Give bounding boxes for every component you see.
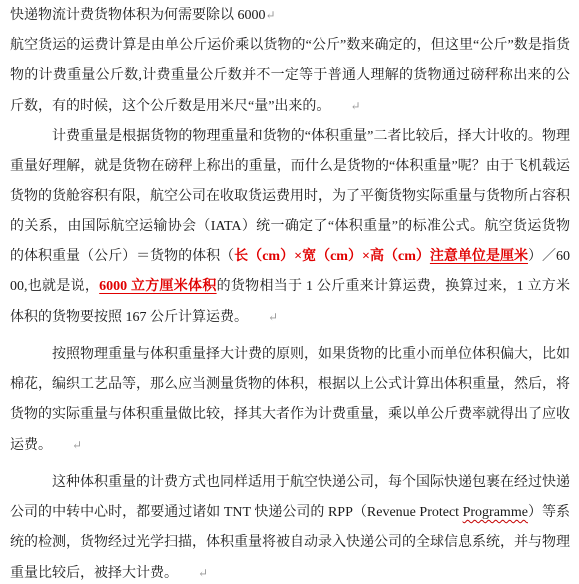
title-paragraph[interactable]: 快递物流计费货物体积为何需要除以 6000↵ bbox=[10, 0, 570, 31]
paragraph-mark: ↵ bbox=[266, 8, 276, 22]
text-run: 计费重量是根据货物的物理重量和货物的“体积重量”二者比较后，择大计收的。物理重量… bbox=[10, 129, 570, 264]
text-run: 快递物流计费货物体积为何需要除以 6000 bbox=[10, 8, 266, 23]
spellcheck-flagged-word: Programme bbox=[463, 505, 528, 520]
paragraph-mark: ↵ bbox=[198, 566, 208, 580]
paragraph-mark: ↵ bbox=[72, 438, 82, 452]
text-run: 6000 立方厘米体积 bbox=[99, 279, 216, 294]
text-run: 长（cm）×宽（cm）×高（cm） bbox=[234, 249, 430, 264]
text-run: 航空货运的运费计算是由单公斤运价乘以货物的“公斤”数来确定的，但这里“公斤”数是… bbox=[10, 38, 570, 114]
text-run: 按照物理重量与体积重量择大计费的原则，如果货物的比重小而单位体积偏大，比如棉花，… bbox=[10, 347, 570, 453]
paragraph-intro[interactable]: 航空货运的运费计算是由单公斤运价乘以货物的“公斤”数来确定的，但这里“公斤”数是… bbox=[10, 31, 570, 122]
document-page[interactable]: 快递物流计费货物体积为何需要除以 6000↵航空货运的运费计算是由单公斤运价乘以… bbox=[0, 0, 579, 584]
paragraph-volume-weight-formula[interactable]: 计费重量是根据货物的物理重量和货物的“体积重量”二者比较后，择大计收的。物理重量… bbox=[10, 122, 570, 333]
text-run: 注意单位是厘米 bbox=[430, 249, 528, 264]
paragraph-mark: ↵ bbox=[268, 310, 278, 324]
paragraph-express-companies[interactable]: 这种体积重量的计费方式也同样适用于航空快递公司，每个国际快递包裹在经过快递公司的… bbox=[10, 468, 570, 584]
paragraph-mark: ↵ bbox=[350, 99, 360, 113]
paragraph-choose-larger-rule[interactable]: 按照物理重量与体积重量择大计费的原则，如果货物的比重小而单位体积偏大，比如棉花，… bbox=[10, 340, 570, 461]
